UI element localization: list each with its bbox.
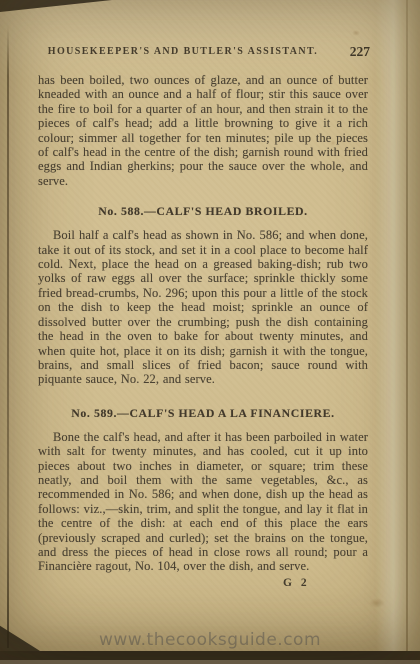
photo-vignette <box>0 0 420 664</box>
scanned-book-page-photo: HOUSEKEEPER'S AND BUTLER'S ASSISTANT. 22… <box>0 0 420 664</box>
